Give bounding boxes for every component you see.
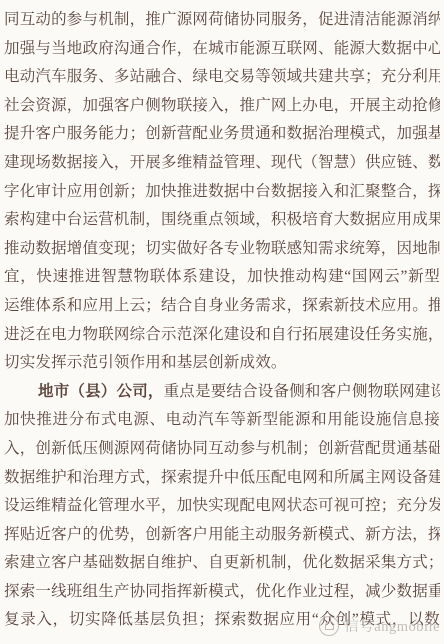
text-line: 索建立客户基础数据自维护、自更新机制，优化数据采集方式； — [4, 549, 440, 578]
text-line: 推动数据增值变现；切实做好各专业物联感知需求统筹，因地制 — [4, 235, 440, 264]
text-line: 探索一线班组生产协同指挥新模式，优化作业过程，减少数据重 — [4, 578, 440, 607]
text-line: 字化审计应用创新；加快推进数据中台数据接入和汇聚整合，探 — [4, 178, 440, 207]
text-line: 数据维护和治理方式，探索提升中低压配电网和所属主网设备建 — [4, 464, 440, 493]
text-line: 切实发挥示范引领作用和基层创新成效。 — [4, 349, 440, 378]
text-line: 索构建中台运营机制，围绕重点领域，积极培育大数据应用成果， — [4, 206, 440, 235]
text-line: 提升客户服务能力；创新营配业务贯通和数据治理模式，加强基 — [4, 120, 440, 149]
text-line: 入，创新低压侧源网荷储协同互动参与机制；创新营配贯通基础 — [4, 435, 440, 464]
text-line: 加强与当地政府沟通合作，在城市能源互联网、能源大数据中心、 — [4, 35, 440, 64]
document-text: 同互动的参与机制，推广源网荷储协同服务，促进清洁能源消纳；加强与当地政府沟通合作… — [4, 6, 440, 635]
text-line: 社会资源，加强客户侧物联接入，推广网上办电，开展主动抢修， — [4, 92, 440, 121]
text-line: 复录入，切实降低基层负担；探索数据应用“众创”模式，以数 — [4, 606, 440, 635]
text-line: 运维体系和应用上云；结合自身业务需求，探索新技术应用。推 — [4, 292, 440, 321]
paragraph-lead: 地市（县）公司， — [38, 383, 164, 400]
text-line: 进泛在电力物联网综合示范深化建设和自行拓展建设任务实施， — [4, 321, 440, 350]
text-line: 加快推进分布式电源、电动汽车等新型能源和用能设施信息接 — [4, 406, 440, 435]
text-line: 挥贴近客户的优势，创新客户用能主动服务新模式、新方法，探 — [4, 521, 440, 550]
text-line: 电动汽车服务、多站融合、绿电交易等领域共建共享；充分利用 — [4, 63, 440, 92]
text-line: 同互动的参与机制，推广源网荷储协同服务，促进清洁能源消纳； — [4, 6, 440, 35]
document-page: 同互动的参与机制，推广源网荷储协同服务，促进清洁能源消纳；加强与当地政府沟通合作… — [0, 0, 444, 644]
text-line: 建现场数据接入，开展多维精益管理、现代（智慧）供应链、数 — [4, 149, 440, 178]
text-line: 宜，快速推进智慧物联体系建设，加快推动构建“国网云”新型 — [4, 263, 440, 292]
text-line: 地市（县）公司，重点是要结合设备侧和客户侧物联网建设， — [4, 378, 440, 407]
text-line: 设运维精益化管理水平，加快实现配电网状态可视可控；充分发 — [4, 492, 440, 521]
